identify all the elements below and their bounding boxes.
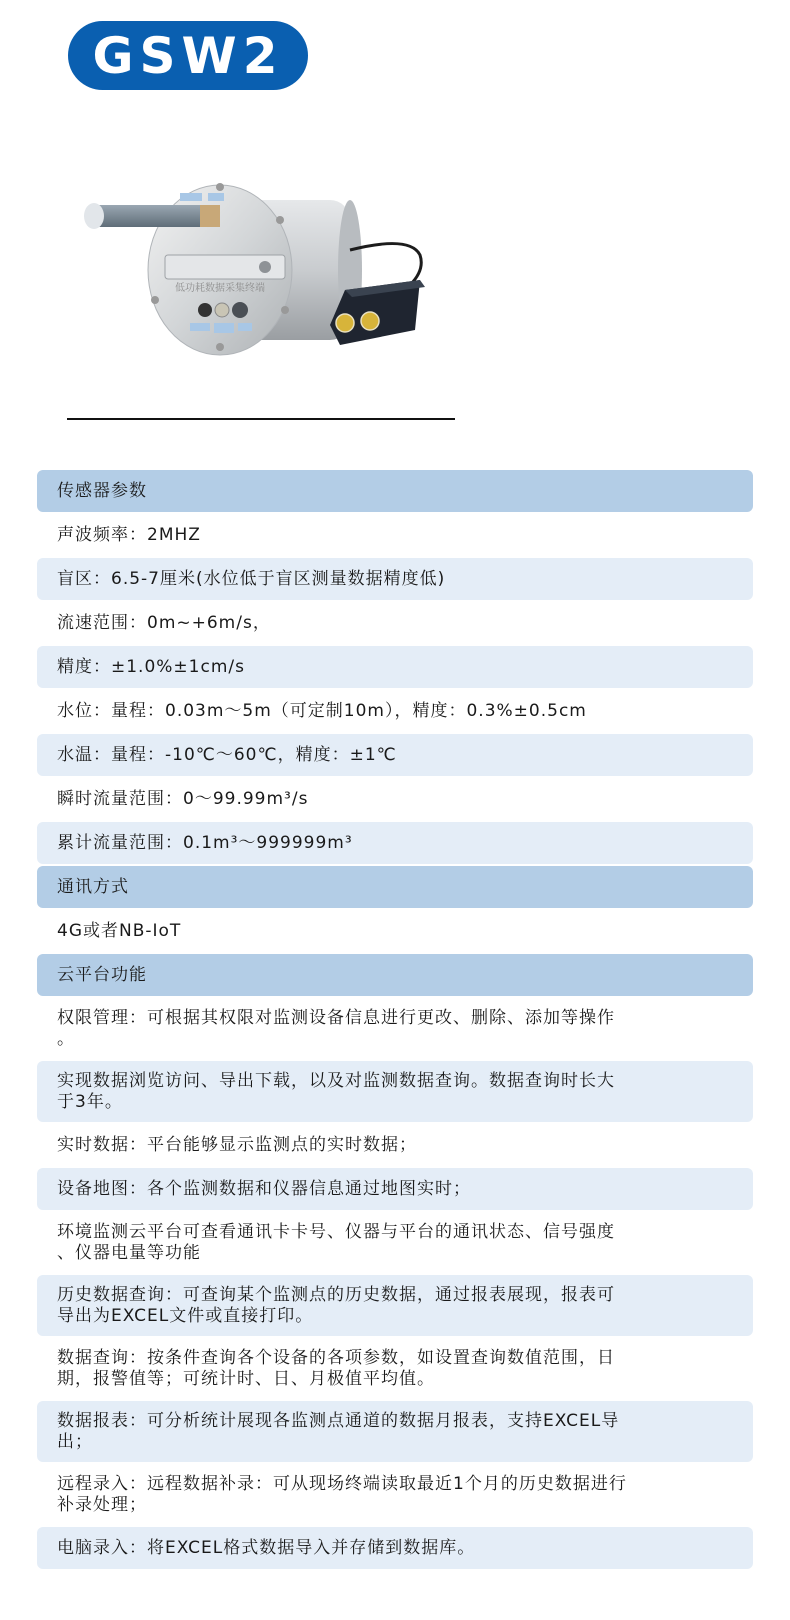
spec-row: 水位：量程：0.03m～5m（可定制10m），精度：0.3%±0.5cm <box>37 690 753 732</box>
section-title: 通讯方式 <box>57 877 129 898</box>
spec-row: 声波频率：2MHZ <box>37 514 753 556</box>
feature-text: 权限管理：可根据其权限对监测设备信息进行更改、删除、添加等操作 。 <box>57 1008 615 1050</box>
spec-text: 精度：±1.0%±1cm/s <box>57 657 245 678</box>
section-header-communication: 通讯方式 <box>37 866 753 908</box>
spec-text: 流速范围：0m~+6m/s， <box>57 613 271 634</box>
feature-row: 历史数据查询：可查询某个监测点的历史数据，通过报表展现，报表可 导出为EXCEL… <box>37 1275 753 1336</box>
spec-row: 4G或者NB-IoT <box>37 910 753 952</box>
feature-row: 权限管理：可根据其权限对监测设备信息进行更改、删除、添加等操作 。 <box>37 998 753 1059</box>
spec-text: 声波频率：2MHZ <box>57 525 201 546</box>
spec-text: 瞬时流量范围：0～99.99m³/s <box>57 789 308 810</box>
svg-text:低功耗数据采集终端: 低功耗数据采集终端 <box>175 281 265 294</box>
spec-row: 精度：±1.0%±1cm/s <box>37 646 753 688</box>
feature-text: 远程录入：远程数据补录：可从现场终端读取最近1个月的历史数据进行 补录处理； <box>57 1474 627 1516</box>
spec-text: 累计流量范围：0.1m³～999999m³ <box>57 833 353 854</box>
feature-row: 电脑录入：将EXCEL格式数据导入并存储到数据库。 <box>37 1527 753 1569</box>
feature-row: 环境监测云平台可查看通讯卡卡号、仪器与平台的通讯状态、信号强度 、仪器电量等功能 <box>37 1212 753 1273</box>
spec-text: 水温：量程：-10℃～60℃，精度：±1℃ <box>57 745 397 766</box>
spec-row: 盲区：6.5-7厘米(水位低于盲区测量数据精度低) <box>37 558 753 600</box>
feature-row: 实现数据浏览访问、导出下载，以及对监测数据查询。数据查询时长大 于3年。 <box>37 1061 753 1122</box>
feature-text: 数据查询：按条件查询各个设备的各项参数，如设置查询数值范围，日 期，报警值等；可… <box>57 1348 615 1390</box>
spec-row: 瞬时流量范围：0～99.99m³/s <box>37 778 753 820</box>
product-logo: GSW2 <box>68 21 308 90</box>
feature-text: 电脑录入：将EXCEL格式数据导入并存储到数据库。 <box>57 1538 475 1559</box>
section-divider <box>67 418 455 420</box>
feature-text: 实现数据浏览访问、导出下载，以及对监测数据查询。数据查询时长大 于3年。 <box>57 1071 615 1113</box>
feature-row: 数据查询：按条件查询各个设备的各项参数，如设置查询数值范围，日 期，报警值等；可… <box>37 1338 753 1399</box>
feature-row: 实时数据：平台能够显示监测点的实时数据； <box>37 1124 753 1166</box>
section-header-cloud-platform: 云平台功能 <box>37 954 753 996</box>
spec-row: 水温：量程：-10℃～60℃，精度：±1℃ <box>37 734 753 776</box>
section-header-sensor: 传感器参数 <box>37 470 753 512</box>
product-image: 低功耗数据采集终端 <box>80 175 460 375</box>
spec-row: 累计流量范围：0.1m³～999999m³ <box>37 822 753 864</box>
feature-text: 环境监测云平台可查看通讯卡卡号、仪器与平台的通讯状态、信号强度 、仪器电量等功能 <box>57 1222 615 1264</box>
feature-row: 远程录入：远程数据补录：可从现场终端读取最近1个月的历史数据进行 补录处理； <box>37 1464 753 1525</box>
feature-text: 数据报表：可分析统计展现各监测点通道的数据月报表，支持EXCEL导 出； <box>57 1411 619 1453</box>
spec-text: 盲区：6.5-7厘米(水位低于盲区测量数据精度低) <box>57 569 445 590</box>
feature-text: 设备地图：各个监测数据和仪器信息通过地图实时； <box>57 1179 471 1200</box>
spec-text: 水位：量程：0.03m～5m（可定制10m），精度：0.3%±0.5cm <box>57 701 587 722</box>
spec-list: 传感器参数 声波频率：2MHZ 盲区：6.5-7厘米(水位低于盲区测量数据精度低… <box>37 470 753 1571</box>
spec-row: 流速范围：0m~+6m/s， <box>37 602 753 644</box>
section-title: 云平台功能 <box>57 965 147 986</box>
feature-text: 历史数据查询：可查询某个监测点的历史数据，通过报表展现，报表可 导出为EXCEL… <box>57 1285 615 1327</box>
feature-row: 设备地图：各个监测数据和仪器信息通过地图实时； <box>37 1168 753 1210</box>
spec-text: 4G或者NB-IoT <box>57 921 181 942</box>
feature-row: 数据报表：可分析统计展现各监测点通道的数据月报表，支持EXCEL导 出； <box>37 1401 753 1462</box>
feature-text: 实时数据：平台能够显示监测点的实时数据； <box>57 1135 417 1156</box>
section-title: 传感器参数 <box>57 481 147 502</box>
